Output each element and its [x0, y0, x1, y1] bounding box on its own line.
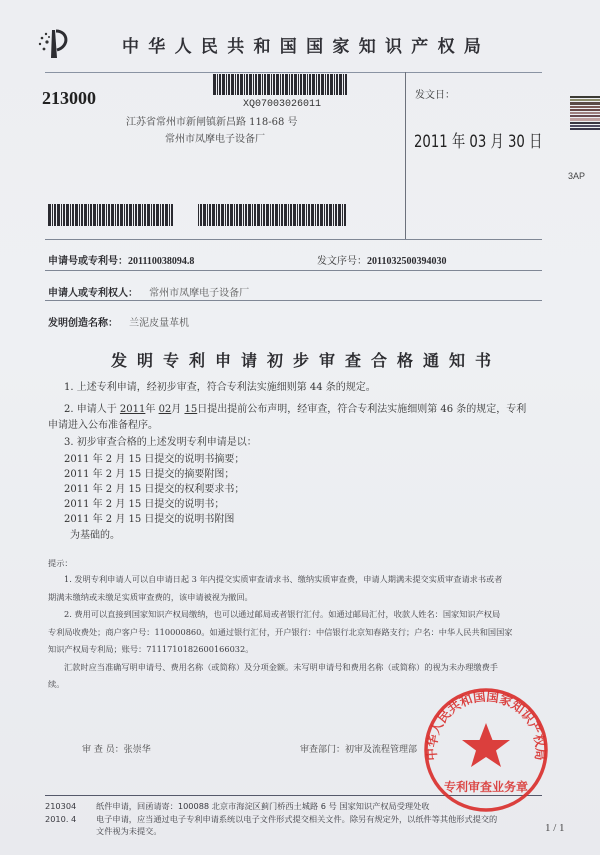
- applicant-field: 申请人或专利权人： 常州市凤摩电子设备厂: [48, 281, 249, 300]
- seal-star-icon: [462, 723, 510, 767]
- body-item-2: 2. 申请人于 2011年 02月 15日提出提前公布声明，经审查，符合专利法实…: [64, 400, 526, 415]
- applicant: 常州市凤摩电子设备厂: [149, 288, 249, 299]
- invention-field: 发明创造名称： 兰泥皮量革机: [48, 311, 189, 330]
- note-line: 期满未缴纳或未缴足实质审查费的，该申请被视为撤回。: [48, 592, 512, 610]
- department-name: 初审及流程管理部: [345, 745, 417, 755]
- submitted-document-item: 2011 年 2 月 15 日提交的说明书摘要；: [64, 450, 244, 465]
- header-rule: [45, 72, 542, 73]
- submitted-documents-list: 2011 年 2 月 15 日提交的说明书摘要；2011 年 2 月 15 日提…: [64, 450, 244, 525]
- header-divider: [405, 72, 406, 239]
- color-code-strip: [570, 96, 600, 134]
- note-line: 专利局收费处；商户客户号：110000860。如通过银行汇付，开户银行：中信银行…: [48, 627, 512, 645]
- sipo-logo-icon: [36, 28, 72, 60]
- body-item-1: 1. 上述专利申请，经初步审查，符合专利法实施细则第 44 条的规定。: [64, 378, 376, 393]
- issue-date: 2011 年 03 月 30 日: [414, 127, 542, 152]
- org-name: 中华人民共和国国家知识产权局: [122, 32, 490, 57]
- doc-barcode-2: [198, 204, 348, 226]
- submitted-document-item: 2011 年 2 月 15 日提交的说明书；: [64, 495, 244, 510]
- side-code: 3AP: [568, 171, 585, 181]
- basis-text: 为基础的。: [70, 526, 120, 541]
- department-label: 审查部门：: [300, 745, 345, 755]
- doc-serial: 2011032500394030: [367, 256, 446, 267]
- footer-line-3: 文件视为未提交。: [96, 826, 162, 837]
- application-number: 201110038094.8: [128, 256, 194, 267]
- official-seal-stamp: 中华人民共和国国家知识产权局 专利审查业务章: [418, 687, 554, 817]
- address-line-2: 常州市凤摩电子设备厂: [165, 130, 265, 145]
- doc-serial-field: 发文序号：2011032500394030: [317, 249, 446, 268]
- form-date: 2010. 4: [45, 814, 76, 824]
- document-title: 发明专利申请初步审查合格通知书: [0, 348, 600, 371]
- note-line: 汇款时应当准确写明申请号、费用名称（或简称）及分项金额。未写明申请号和费用名称（…: [48, 662, 512, 680]
- rule-2: [45, 270, 542, 271]
- page-number: 1 / 1: [545, 822, 565, 834]
- doc-barcode-1: [48, 204, 174, 226]
- application-number-field: 申请号或专利号：201110038094.8: [48, 249, 194, 268]
- barcode-text: XQ07003026011: [243, 99, 321, 110]
- examiner-label: 审 查 员：: [82, 745, 124, 755]
- invention-name: 兰泥皮量革机: [129, 318, 189, 329]
- examiner-name: 张崇华: [124, 745, 151, 755]
- submitted-document-item: 2011 年 2 月 15 日提交的权利要求书；: [64, 480, 244, 495]
- doc-serial-label: 发文序号：: [317, 256, 367, 267]
- note-line: 知识产权局专利局；账号：7111710182600166032。: [48, 644, 512, 662]
- submitted-document-item: 2011 年 2 月 15 日提交的说明书附图: [64, 510, 244, 525]
- address-line-1: 江苏省常州市新闸镇新昌路 118-68 号: [126, 113, 298, 128]
- footer-line-1: 纸件申请，回函请寄：100088 北京市海淀区蓟门桥西土城路 6 号 国家知识产…: [96, 801, 429, 812]
- note-line: 1. 发明专利申请人可以自申请日起 3 年内提交实质审查请求书、缴纳实质审查费，…: [48, 574, 512, 592]
- application-number-label: 申请号或专利号：: [48, 256, 128, 267]
- body-item-3: 3. 初步审查合格的上述发明专利申请是以：: [64, 433, 257, 448]
- notes-list: 1. 发明专利申请人可以自申请日起 3 年内提交实质审查请求书、缴纳实质审查费，…: [48, 574, 512, 697]
- note-line: 2. 费用可以直接到国家知识产权局缴纳，也可以通过邮局或者银行汇付。如通过邮局汇…: [48, 609, 512, 627]
- issue-date-label: 发文日：: [415, 86, 455, 101]
- notice-document: 中华人民共和国国家知识产权局 213000 XQ07003026011 江苏省常…: [0, 0, 600, 855]
- form-code: 210304: [45, 801, 76, 811]
- submitted-document-item: 2011 年 2 月 15 日提交的摘要附图；: [64, 465, 244, 480]
- rule-1: [45, 239, 542, 240]
- applicant-label: 申请人或专利权人：: [48, 288, 138, 299]
- notes-heading: 提示：: [48, 558, 73, 569]
- department-field: 审查部门：初审及流程管理部: [300, 742, 417, 755]
- examiner-field: 审 查 员：张崇华: [82, 742, 151, 755]
- rule-3: [45, 300, 542, 301]
- invention-label: 发明创造名称：: [48, 318, 118, 329]
- svg-text:专利审查业务章: 专利审查业务章: [444, 779, 528, 794]
- body-item-2-continued: 申请进入公布准备程序。: [48, 416, 158, 431]
- mail-barcode: [213, 74, 350, 95]
- postcode: 213000: [42, 88, 96, 109]
